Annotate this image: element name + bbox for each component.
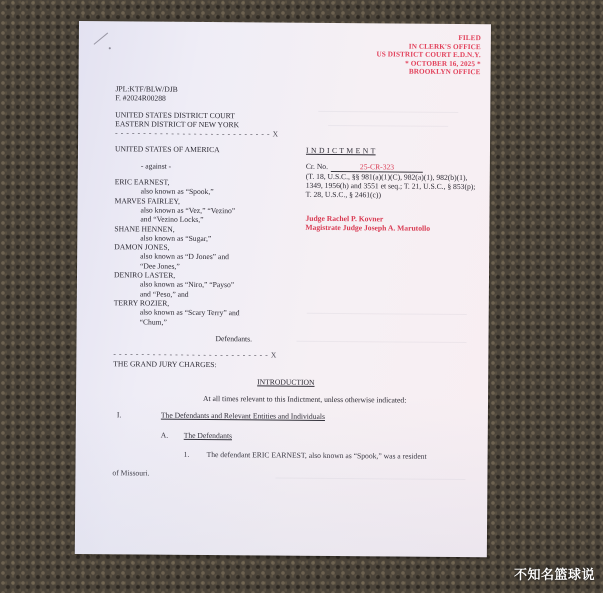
paragraph-number: 1. [184,450,190,459]
plaintiff: UNITED STATES OF AMERICA [115,145,285,156]
filed-stamp: FILED IN CLERK'S OFFICE US DISTRICT COUR… [376,33,481,77]
statutes-cited: (T. 18, U.S.C., §§ 981(a)(1)(C), 982(a)(… [306,171,476,200]
grand-jury-charges: THE GRAND JURY CHARGES: [113,359,216,369]
indictment-page: FILED IN CLERK'S OFFICE US DISTRICT COUR… [75,21,491,557]
magistrate-judge-name: Magistrate Judge Joseph A. Marutollo [305,223,480,234]
watermark-text: 不知名篮球说 [514,564,595,583]
stamp-line: BROOKLYN OFFICE [376,68,480,77]
pen-mark [94,33,109,45]
cr-label: Cr. No. [306,162,328,171]
case-number: 25-CR-323 [331,162,423,173]
pen-dot [109,47,111,49]
introduction-heading: INTRODUCTION [257,377,314,387]
indictment-block: I N D I C T M E N T Cr. No. 25-CR-323 (T… [305,146,481,234]
paragraph-text: The defendant ERIC EARNEST, also known a… [207,450,427,461]
introduction-text: At all times relevant to this Indictment… [203,394,406,405]
assigned-judges: Judge Rachel P. Kovner Magistrate Judge … [305,214,480,234]
section-number: I. [117,410,122,419]
subsection-title: The Defendants [184,431,232,441]
subsection-letter: A. [161,431,168,440]
caption-divider-top: - - - - - - - - - - - - - - - - - - - - … [115,128,285,139]
stamp-line: US DISTRICT COURT E.D.N.Y. [376,51,480,60]
caption-left-column: JPL:KTF/BLW/DJB F. #2024R00288 UNITED ST… [113,84,285,360]
caption-divider-bottom: - - - - - - - - - - - - - - - - - - - - … [113,349,283,360]
paragraph-continuation: of Missouri. [112,468,149,478]
section-title: The Defendants and Relevant Entities and… [161,411,325,422]
